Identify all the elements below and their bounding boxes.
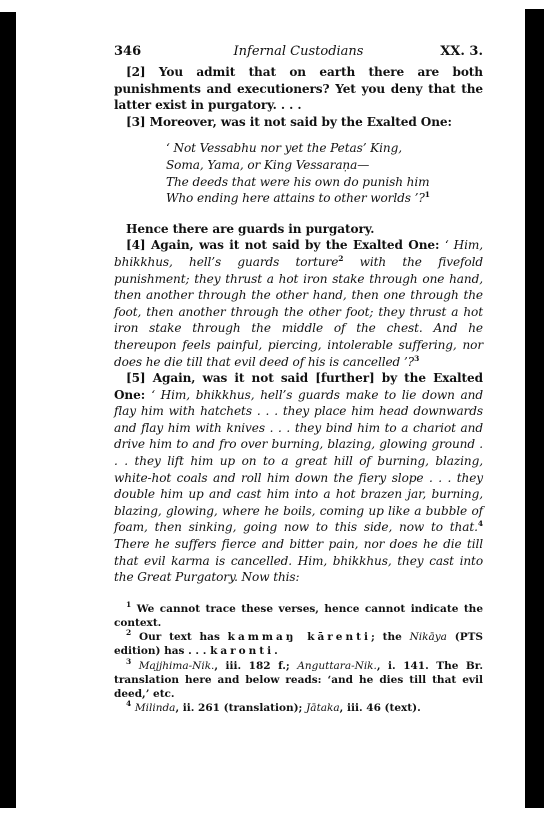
section-number: XX. 3. xyxy=(440,44,483,59)
paragraph-3: [3] Moreover, was it not said by the Exa… xyxy=(114,114,483,131)
running-title: Infernal Custodians xyxy=(114,44,483,59)
conclusion-line: Hence there are guards in purgatory. xyxy=(114,221,483,238)
verse-line: ‘ Not Vessabhu nor yet the Petas’ King, xyxy=(166,140,483,157)
verse-line: The deeds that were his own do punish hi… xyxy=(166,174,483,191)
footnote-ref[interactable]: 1 xyxy=(425,190,430,199)
footnote-2: 2 Our text has kammaŋ kārenti; the Nikāy… xyxy=(114,630,483,658)
book-page: 346 Infernal Custodians XX. 3. [2] You a… xyxy=(114,44,483,715)
paragraph-4: [4] Again, was it not said by the Exalte… xyxy=(114,237,483,370)
footnote-ref[interactable]: 3 xyxy=(414,354,419,363)
verse-quotation: ‘ Not Vessabhu nor yet the Petas’ King, … xyxy=(166,140,483,206)
footnote-4: 4 Milinda, ii. 261 (translation); Jātaka… xyxy=(114,701,483,715)
scan-border-left xyxy=(0,12,16,808)
footnote-3: 3 Majjhima-Nik., iii. 182 f.; Anguttara-… xyxy=(114,659,483,702)
paragraph-5: [5] Again, was it not said [further] by … xyxy=(114,370,483,586)
verse-line: Soma, Yama, or King Vessaraṇa— xyxy=(166,157,483,174)
footnotes: 1 We cannot trace these verses, hence ca… xyxy=(114,602,483,716)
verse-line: Who ending here attains to other worlds … xyxy=(166,190,483,207)
running-header: 346 Infernal Custodians XX. 3. xyxy=(114,44,483,62)
footnote-1: 1 We cannot trace these verses, hence ca… xyxy=(114,602,483,630)
paragraph-2: [2] You admit that on earth there are bo… xyxy=(114,64,483,114)
footnote-ref[interactable]: 4 xyxy=(478,519,483,528)
scan-border-right xyxy=(525,9,544,808)
main-text: [2] You admit that on earth there are bo… xyxy=(114,64,483,586)
